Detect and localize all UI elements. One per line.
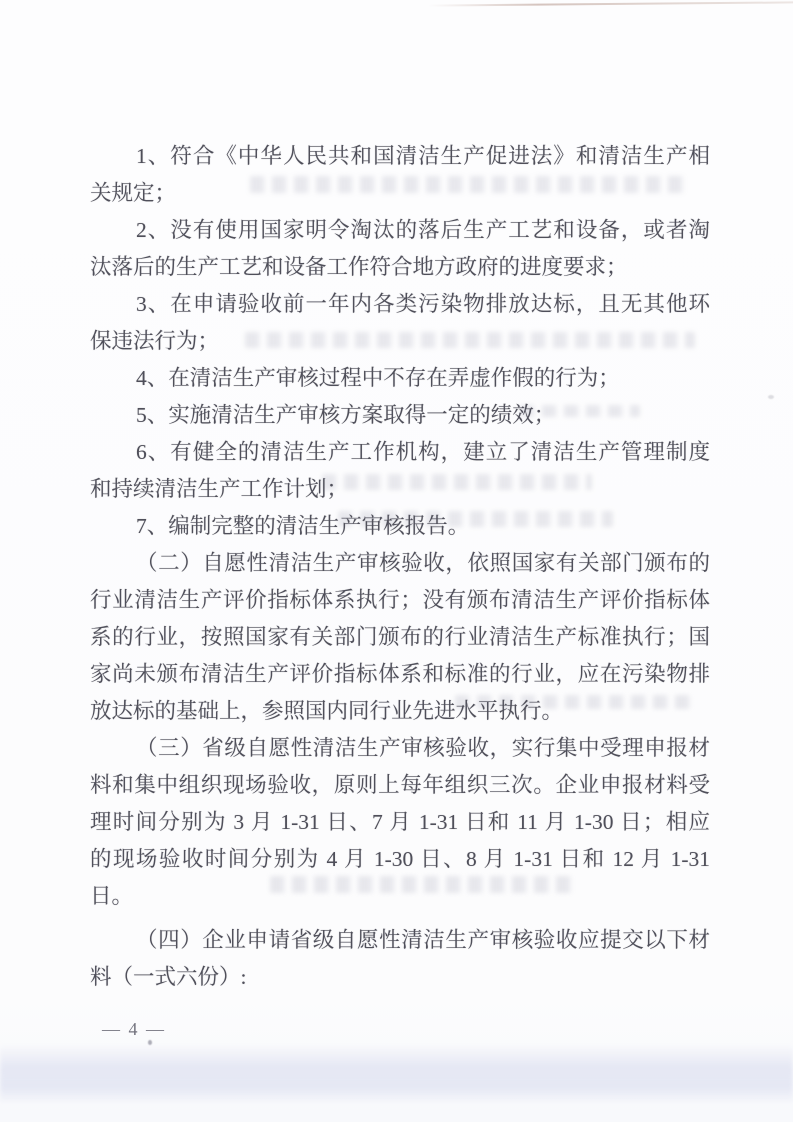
text-line: 7、编制完整的清洁生产审核报告。 [90, 508, 710, 545]
text-line: （四）企业申请省级自愿性清洁生产审核验收应提交以下材 [90, 922, 710, 959]
document-body: 1、符合《中华人民共和国清洁生产促进法》和清洁生产相 关规定； 2、没有使用国家… [90, 138, 710, 996]
list-item-5: 5、实施清洁生产审核方案取得一定的绩效； [90, 397, 710, 434]
text-line: 关规定； [90, 175, 710, 212]
text-line: 4、在清洁生产审核过程中不存在弄虚作假的行为； [90, 360, 710, 397]
text-line: 料（一式六份）: [90, 959, 710, 996]
text-line: 和持续清洁生产工作计划； [90, 471, 710, 508]
text-line: 的现场验收时间分别为 4 月 1-30 日、8 月 1-31 日和 12 月 1… [90, 841, 710, 878]
scan-edge-artifact [428, 1, 793, 6]
text-line: 放达标的基础上，参照国内同行业先进水平执行。 [90, 693, 710, 730]
list-item-3: 3、在申请验收前一年内各类污染物排放达标，且无其他环 保违法行为； [90, 286, 710, 360]
text-line: 料和集中组织现场验收，原则上每年组织三次。企业申报材料受 [90, 767, 710, 804]
text-line: 2、没有使用国家明令淘汰的落后生产工艺和设备，或者淘 [90, 212, 710, 249]
page-number: — 4 — [102, 1019, 166, 1040]
text-line: 家尚未颁布清洁生产评价指标体系和标准的行业，应在污染物排 [90, 656, 710, 693]
scanned-document-page: 1、符合《中华人民共和国清洁生产促进法》和清洁生产相 关规定； 2、没有使用国家… [0, 0, 793, 1122]
text-line: 行业清洁生产评价指标体系执行；没有颁布清洁生产评价指标体 [90, 582, 710, 619]
text-line: 保违法行为； [90, 323, 710, 360]
text-line: （二）自愿性清洁生产审核验收，依照国家有关部门颁布的 [90, 545, 710, 582]
text-line: 1、符合《中华人民共和国清洁生产促进法》和清洁生产相 [90, 138, 710, 175]
list-item-6: 6、有健全的清洁生产工作机构，建立了清洁生产管理制度 和持续清洁生产工作计划； [90, 434, 710, 508]
section-3-paragraph: （三）省级自愿性清洁生产审核验收，实行集中受理申报材 料和集中组织现场验收，原则… [90, 730, 710, 915]
list-item-2: 2、没有使用国家明令淘汰的落后生产工艺和设备，或者淘 汰落后的生产工艺和设备工作… [90, 212, 710, 286]
section-2-paragraph: （二）自愿性清洁生产审核验收，依照国家有关部门颁布的 行业清洁生产评价指标体系执… [90, 545, 710, 730]
scan-shadow-band [0, 1044, 793, 1102]
text-line: 汰落后的生产工艺和设备工作符合地方政府的进度要求； [90, 249, 710, 286]
section-4-paragraph: （四）企业申请省级自愿性清洁生产审核验收应提交以下材 料（一式六份）: [90, 922, 710, 996]
text-line: 系的行业，按照国家有关部门颁布的行业清洁生产标准执行；国 [90, 619, 710, 656]
list-item-4: 4、在清洁生产审核过程中不存在弄虚作假的行为； [90, 360, 710, 397]
text-line: 3、在申请验收前一年内各类污染物排放达标，且无其他环 [90, 286, 710, 323]
text-line: （三）省级自愿性清洁生产审核验收，实行集中受理申报材 [90, 730, 710, 767]
list-item-1: 1、符合《中华人民共和国清洁生产促进法》和清洁生产相 关规定； [90, 138, 710, 212]
text-line: 理时间分别为 3 月 1-31 日、7 月 1-31 日和 11 月 1-30 … [90, 804, 710, 841]
text-line: 6、有健全的清洁生产工作机构，建立了清洁生产管理制度 [90, 434, 710, 471]
list-item-7: 7、编制完整的清洁生产审核报告。 [90, 508, 710, 545]
text-line: 5、实施清洁生产审核方案取得一定的绩效； [90, 397, 710, 434]
text-line: 日。 [90, 878, 710, 915]
scan-speck [768, 395, 774, 399]
